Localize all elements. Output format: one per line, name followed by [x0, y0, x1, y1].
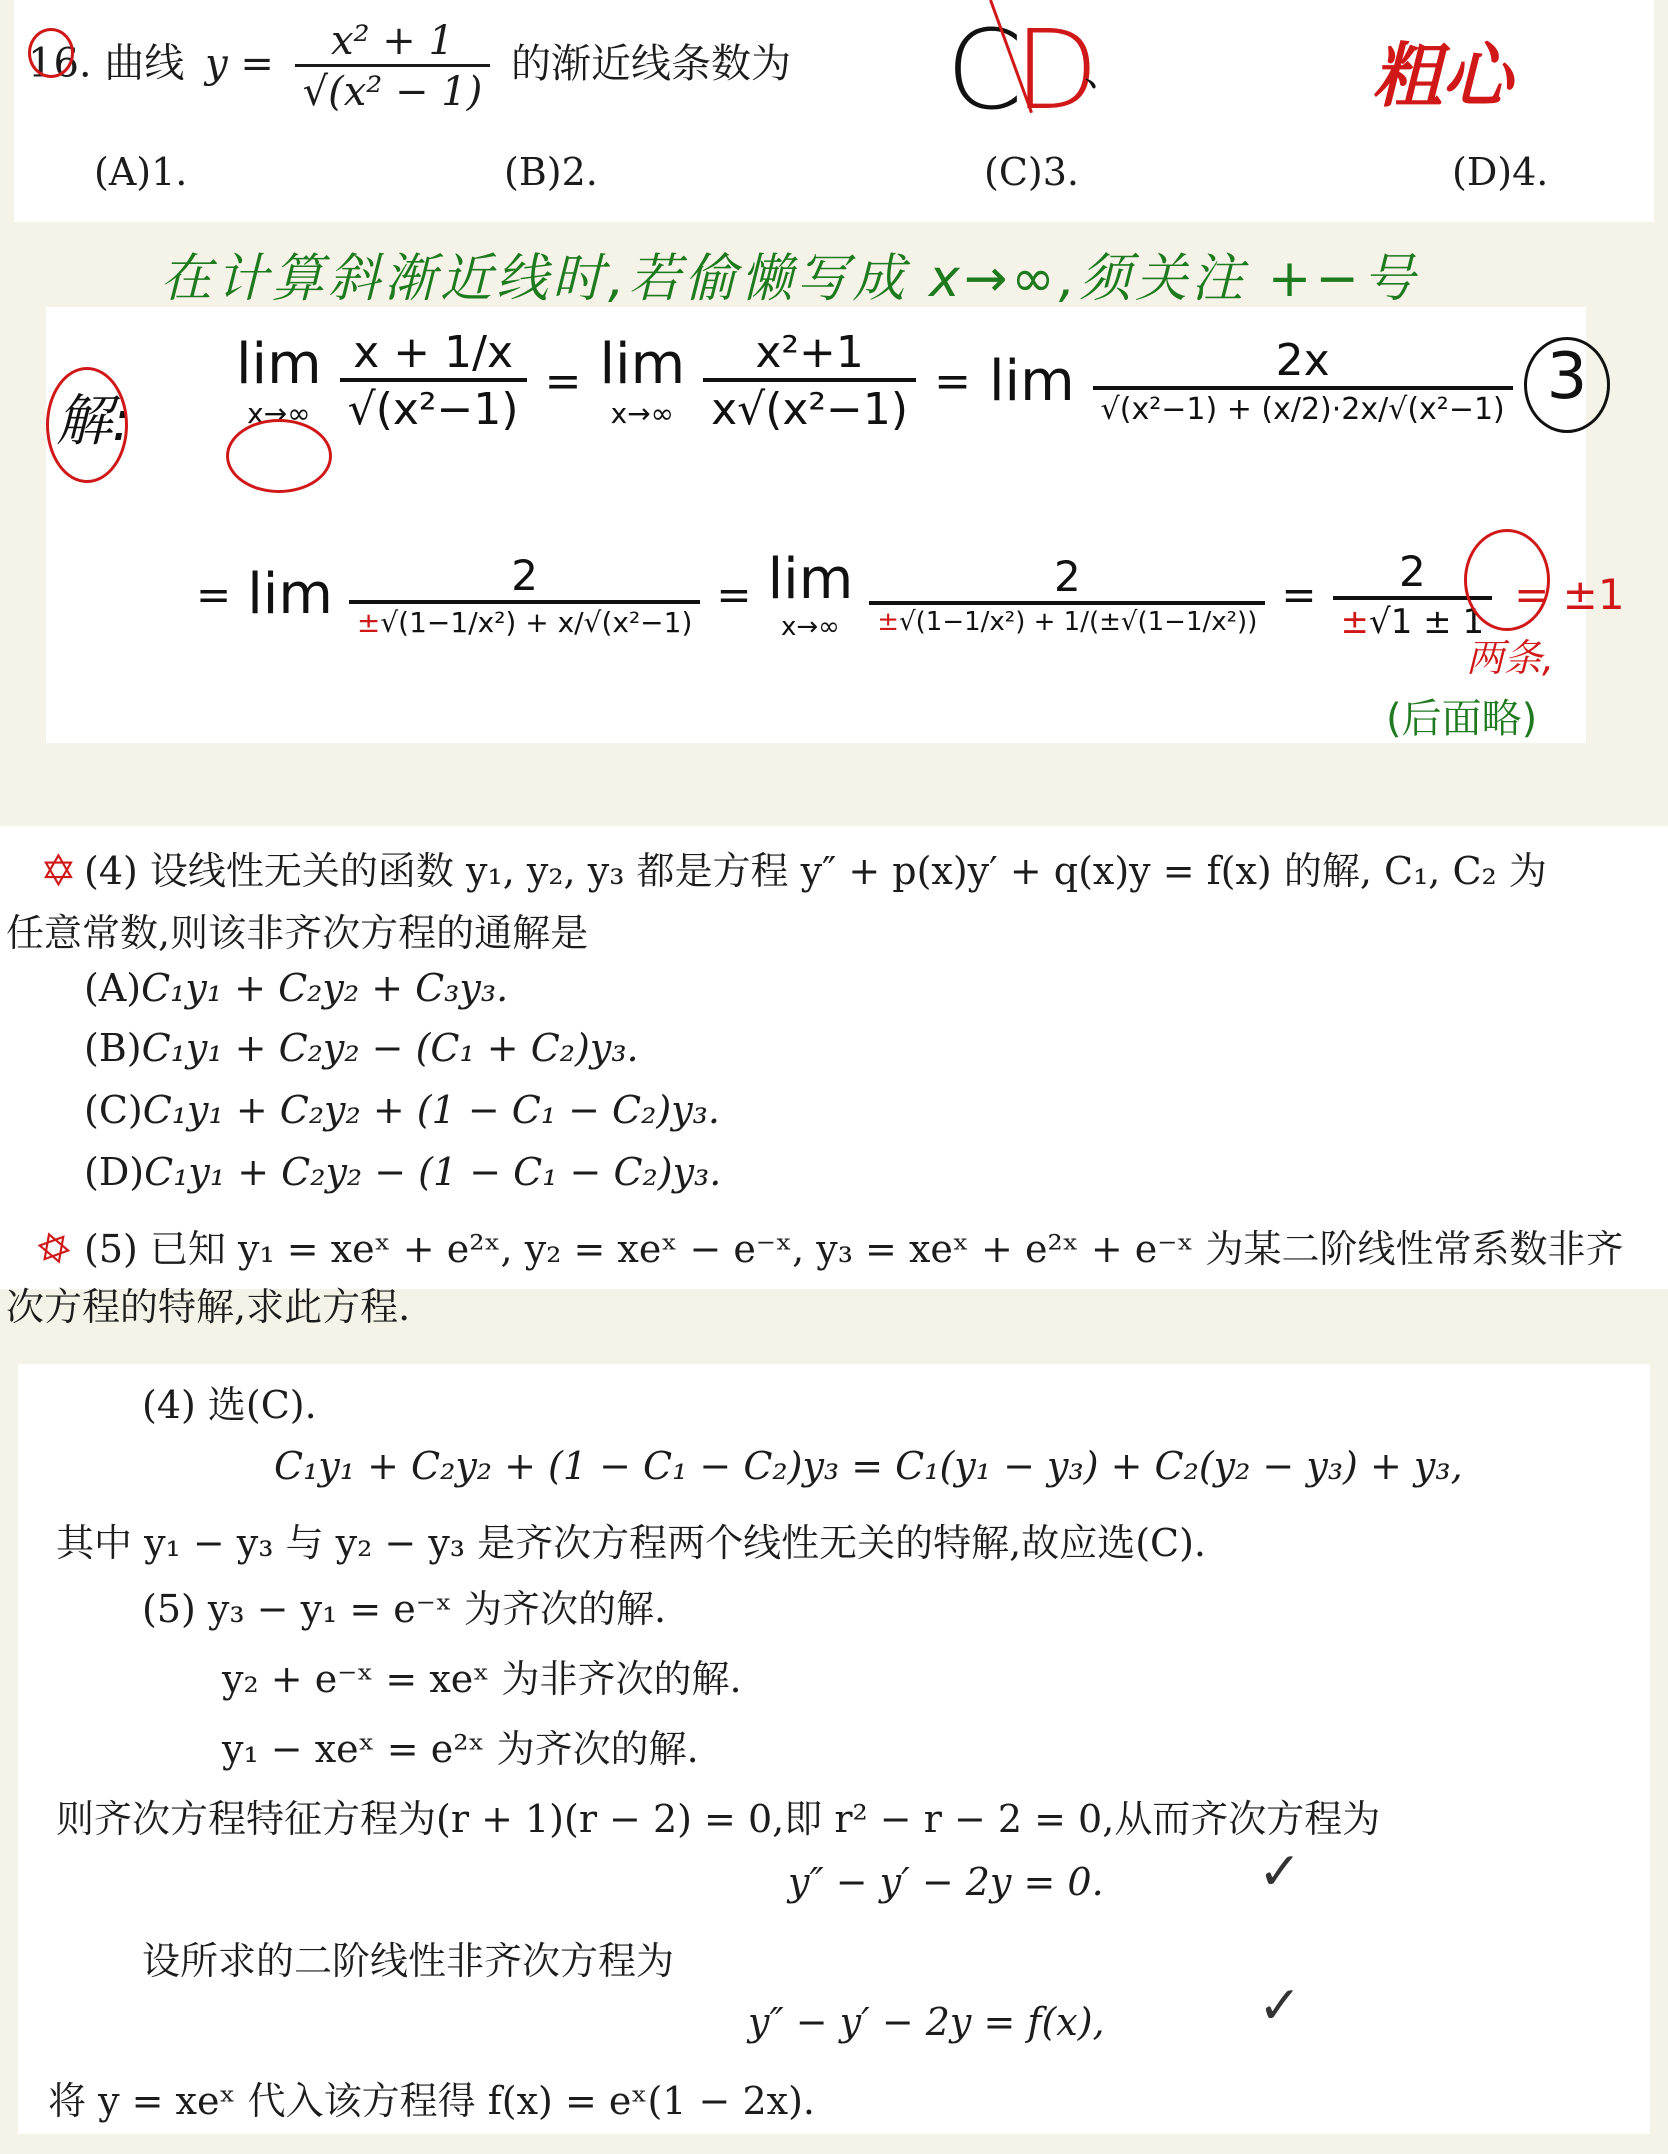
answer-5-line2: y₂ + e⁻ˣ = xeˣ 为非齐次的解. [222, 1648, 742, 1703]
answer-5-line1: (5) y₃ − y₁ = e⁻ˣ 为齐次的解. [142, 1578, 666, 1633]
option-a: (A)1. [94, 150, 187, 194]
check-mark-icon-1: ✓ [1258, 1842, 1302, 1902]
answer-4-equation: C₁y₁ + C₂y₂ + (1 − C₁ − C₂)y₃ = C₁(y₁ − … [274, 1444, 1463, 1488]
question-suffix: 的渐近线条数为 [511, 41, 791, 87]
questions-4-5-panel: ✡ (4) 设线性无关的函数 y₁, y₂, y₃ 都是方程 y″ + p(x)… [0, 826, 1668, 1289]
line1-result: 3 [1524, 337, 1610, 433]
solution-line-2: = lim 2 ±√(1−1/x²) + x/√(x²−1) = lim x→∞… [196, 547, 1625, 642]
check-mark-icon-2: ✓ [1258, 1976, 1302, 2036]
limit-1: lim x→∞ [236, 332, 322, 430]
option-b: (B)2. [504, 150, 598, 194]
fraction-3: 2x √(x²−1) + (x/2)·2x/√(x²−1) [1093, 335, 1513, 427]
q4-stem-line2: 任意常数,则该非齐次方程的通解是 [6, 902, 588, 957]
answer-5-nonhomogeneous-equation: y″ − y′ − 2y = f(x), [748, 2000, 1105, 2044]
option-c: (C)3. [984, 150, 1079, 194]
star-icon-q4: ✡ [40, 846, 77, 897]
question-16-stem: 16. 曲线 y = x² + 1 √(x² − 1) 的渐近线条数为 [28, 18, 791, 115]
q4-option-d: (D)C₁y₁ + C₂y₂ − (1 − C₁ − C₂)y₃. [84, 1150, 721, 1194]
handwritten-answer-c: C [946, 6, 1023, 134]
q4-option-c: (C)C₁y₁ + C₂y₂ + (1 − C₁ − C₂)y₃. [84, 1088, 720, 1132]
handwritten-solution-panel: 解: lim x→∞ x + 1/x √(x²−1) = lim x→∞ x²+… [46, 307, 1586, 743]
q4-stem-line1: (4) 设线性无关的函数 y₁, y₂, y₃ 都是方程 y″ + p(x)y′… [84, 840, 1547, 895]
red-circle-question-number [28, 28, 74, 78]
result-note-two: 两条, [1466, 627, 1554, 682]
question-prefix: 曲线 [104, 41, 184, 87]
red-circle-limit [226, 419, 332, 493]
question-16-panel: 16. 曲线 y = x² + 1 √(x² − 1) 的渐近线条数为 (A)1… [14, 0, 1654, 222]
answer-mark: 、 [1084, 40, 1124, 97]
star-icon-q5: ✡ [28, 1219, 80, 1280]
fraction-4: 2 ±√(1−1/x²) + x/√(x²−1) [349, 551, 701, 639]
answers-panel: (4) 选(C). C₁y₁ + C₂y₂ + (1 − C₁ − C₂)y₃ … [18, 1364, 1650, 2134]
answer-5-line5: 设所求的二阶线性非齐次方程为 [142, 1930, 674, 1985]
red-circle-solution-label [46, 367, 128, 483]
answer-4-explanation: 其中 y₁ − y₃ 与 y₂ − y₃ 是齐次方程两个线性无关的特解,故应选(… [56, 1512, 1206, 1567]
limit-5: lim x→∞ [768, 547, 854, 642]
answer-5-line3: y₁ − xeˣ = e²ˣ 为齐次的解. [222, 1718, 699, 1773]
result-note-omitted: (后面略) [1386, 687, 1537, 744]
solution-line-1: lim x→∞ x + 1/x √(x²−1) = lim x→∞ x²+1 x… [236, 327, 1513, 435]
answer-5-line4: 则齐次方程特征方程为(r + 1)(r − 2) = 0,即 r² − r − … [56, 1788, 1380, 1843]
fraction-2: x²+1 x√(x²−1) [703, 327, 916, 435]
option-d: (D)4. [1452, 150, 1548, 194]
green-note: 在计算斜渐近线时,若偷懒写成 x→∞,须关注 +−号 [160, 236, 1419, 311]
fraction-1: x + 1/x √(x²−1) [340, 327, 527, 435]
fraction-5: 2 ±√(1−1/x²) + 1/(±√(1−1/x²)) [869, 552, 1265, 637]
answer-5-line6: 将 y = xeˣ 代入该方程得 f(x) = eˣ(1 − 2x). [48, 2070, 815, 2125]
handwritten-note-careless: 粗心 [1372, 20, 1512, 121]
limit-2: lim x→∞ [599, 332, 685, 430]
q5-stem-line1: (5) 已知 y₁ = xeˣ + e²ˣ, y₂ = xeˣ − e⁻ˣ, y… [84, 1218, 1624, 1273]
q4-option-b: (B)C₁y₁ + C₂y₂ − (C₁ + C₂)y₃. [84, 1026, 639, 1070]
q5-stem-line2: 次方程的特解,求此方程. [6, 1276, 410, 1331]
question-fraction: x² + 1 √(x² − 1) [295, 18, 491, 115]
answer-4-title: (4) 选(C). [142, 1374, 317, 1429]
red-circle-result [1464, 529, 1550, 631]
question-var: y = [205, 41, 274, 87]
answer-5-homogeneous-equation: y″ − y′ − 2y = 0. [788, 1860, 1104, 1904]
q4-option-a: (A)C₁y₁ + C₂y₂ + C₃y₃. [84, 966, 508, 1010]
